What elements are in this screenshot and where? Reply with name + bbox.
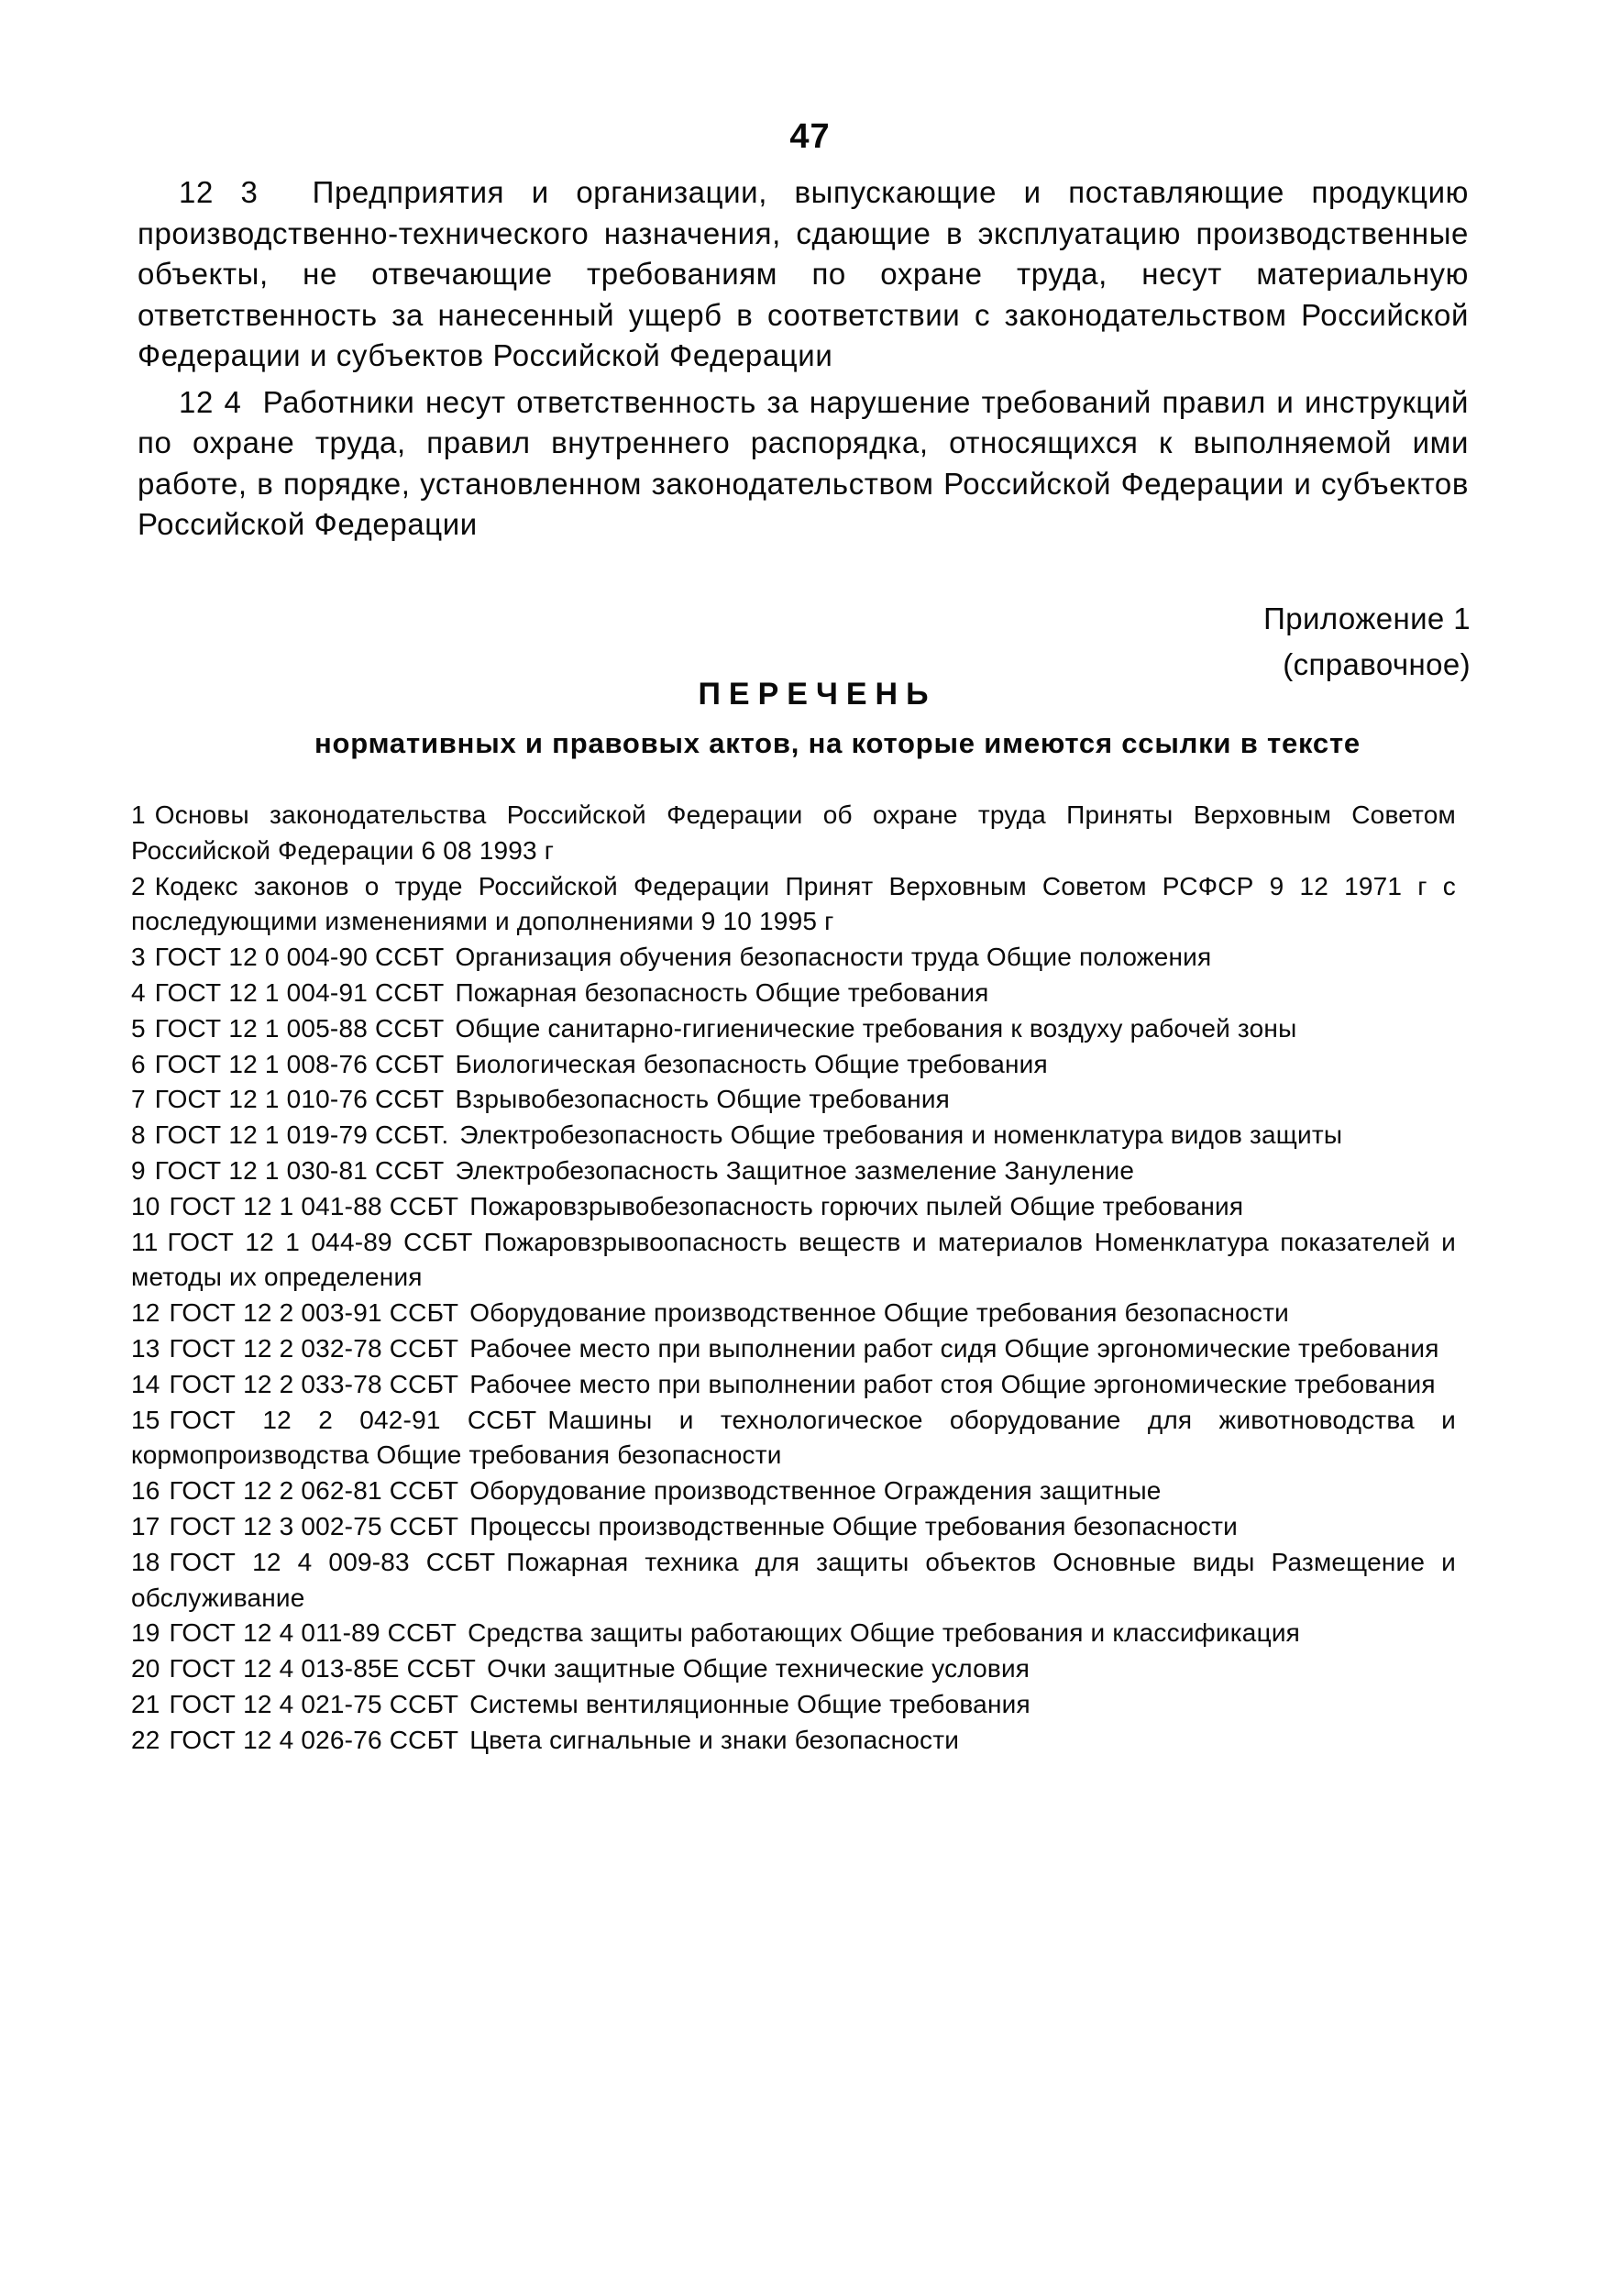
reference-number: 11 bbox=[131, 1225, 158, 1261]
reference-code: ГОСТ 12 4 021-75 ССБТ bbox=[170, 1690, 459, 1718]
reference-code: ГОСТ 12 4 026-76 ССБТ bbox=[170, 1726, 459, 1754]
reference-title: Взрывобезопасность Общие требования bbox=[455, 1085, 950, 1113]
reference-code: ГОСТ 12 4 011-89 ССБТ bbox=[170, 1618, 457, 1647]
reference-number: 16 bbox=[131, 1474, 160, 1509]
reference-title: Кодекс законов о труде Российской Федера… bbox=[131, 872, 1456, 936]
reference-item: 4ГОСТ 12 1 004-91 ССБТПожарная безопасно… bbox=[131, 976, 1456, 1011]
reference-code: ГОСТ 12 2 003-91 ССБТ bbox=[170, 1298, 459, 1327]
reference-title: Организация обучения безопасности труда … bbox=[455, 943, 1211, 971]
reference-item: 8ГОСТ 12 1 019-79 ССБТ.Электробезопаснос… bbox=[131, 1118, 1456, 1154]
reference-item: 16ГОСТ 12 2 062-81 ССБТОборудование прои… bbox=[131, 1474, 1456, 1509]
reference-list: 1Основы законодательства Российской Феде… bbox=[131, 798, 1456, 1759]
reference-item: 22ГОСТ 12 4 026-76 ССБТЦвета сигнальные … bbox=[131, 1723, 1456, 1759]
reference-code: ГОСТ 12 1 044-89 ССБТ bbox=[167, 1228, 472, 1256]
appendix-label: Приложение 1 (справочное) bbox=[1263, 596, 1471, 688]
reference-code: ГОСТ 12 1 008-76 ССБТ bbox=[155, 1050, 445, 1078]
reference-number: 18 bbox=[131, 1545, 160, 1581]
reference-item: 7ГОСТ 12 1 010-76 ССБТВзрывобезопасность… bbox=[131, 1082, 1456, 1118]
reference-code: ГОСТ 12 2 042-91 ССБТ bbox=[170, 1406, 537, 1434]
reference-code: ГОСТ 12 0 004-90 ССБТ bbox=[155, 943, 445, 971]
reference-number: 12 bbox=[131, 1296, 160, 1331]
reference-code: ГОСТ 12 1 030-81 ССБТ bbox=[155, 1156, 445, 1185]
reference-item: 3ГОСТ 12 0 004-90 ССБТОрганизация обучен… bbox=[131, 940, 1456, 976]
reference-code: ГОСТ 12 2 032-78 ССБТ bbox=[170, 1334, 459, 1363]
reference-title: Цвета сигнальные и знаки безопасности bbox=[469, 1726, 959, 1754]
reference-item: 13ГОСТ 12 2 032-78 ССБТРабочее место при… bbox=[131, 1331, 1456, 1367]
paragraph-number: 12 3 bbox=[179, 175, 258, 209]
reference-number: 19 bbox=[131, 1616, 160, 1651]
page-number: 47 bbox=[0, 117, 1620, 157]
reference-item: 5ГОСТ 12 1 005-88 ССБТОбщие санитарно-ги… bbox=[131, 1011, 1456, 1047]
reference-code: ГОСТ 12 1 005-88 ССБТ bbox=[155, 1014, 445, 1043]
reference-title: Пожаровзрывобезопасность горючих пылей О… bbox=[469, 1192, 1243, 1220]
reference-item: 12ГОСТ 12 2 003-91 ССБТОборудование прои… bbox=[131, 1296, 1456, 1331]
appendix-title: Приложение 1 bbox=[1263, 596, 1471, 642]
reference-title: Биологическая безопасность Общие требова… bbox=[455, 1050, 1047, 1078]
reference-title: Оборудование производственное Общие треб… bbox=[469, 1298, 1289, 1327]
reference-title: Электробезопасность Общие требования и н… bbox=[459, 1120, 1342, 1149]
reference-title: Основы законодательства Российской Федер… bbox=[131, 800, 1456, 865]
reference-title: Системы вентиляционные Общие требования bbox=[469, 1690, 1030, 1718]
reference-number: 22 bbox=[131, 1723, 160, 1759]
body-text: 12 3 Предприятия и организации, выпускаю… bbox=[138, 172, 1469, 546]
reference-title: Очки защитные Общие технические условия bbox=[487, 1654, 1030, 1683]
list-subtitle: нормативных и правовых актов, на которые… bbox=[0, 727, 1620, 760]
reference-title: Рабочее место при выполнении работ сидя … bbox=[469, 1334, 1438, 1363]
reference-item: 19ГОСТ 12 4 011-89 ССБТСредства защиты р… bbox=[131, 1616, 1456, 1651]
reference-title: Рабочее место при выполнении работ стоя … bbox=[469, 1370, 1436, 1398]
reference-number: 8 bbox=[131, 1118, 146, 1154]
reference-item: 11ГОСТ 12 1 044-89 ССБТПожаровзрывоопасн… bbox=[131, 1225, 1456, 1297]
reference-number: 9 bbox=[131, 1154, 146, 1189]
reference-item: 10ГОСТ 12 1 041-88 ССБТПожаровзрывобезоп… bbox=[131, 1189, 1456, 1225]
reference-item: 1Основы законодательства Российской Феде… bbox=[131, 798, 1456, 869]
reference-item: 9ГОСТ 12 1 030-81 ССБТЭлектробезопасност… bbox=[131, 1154, 1456, 1189]
reference-number: 15 bbox=[131, 1403, 160, 1439]
list-title: ПЕРЕЧЕНЬ bbox=[0, 677, 1620, 712]
reference-code: ГОСТ 12 4 009-83 ССБТ bbox=[170, 1548, 496, 1576]
reference-code: ГОСТ 12 3 002-75 ССБТ bbox=[170, 1512, 459, 1540]
paragraph-text: Предприятия и организации, выпускающие и… bbox=[138, 175, 1469, 372]
reference-item: 21ГОСТ 12 4 021-75 ССБТСистемы вентиляци… bbox=[131, 1687, 1456, 1723]
reference-item: 20ГОСТ 12 4 013-85Е ССБТОчки защитные Об… bbox=[131, 1651, 1456, 1687]
reference-number: 7 bbox=[131, 1082, 146, 1118]
reference-code: ГОСТ 12 2 062-81 ССБТ bbox=[170, 1476, 459, 1505]
reference-item: 15ГОСТ 12 2 042-91 ССБТМашины и технолог… bbox=[131, 1403, 1456, 1474]
reference-title: Оборудование производственное Ограждения… bbox=[469, 1476, 1161, 1505]
reference-number: 14 bbox=[131, 1367, 160, 1403]
paragraph-text: Работники несут ответственность за наруш… bbox=[138, 385, 1469, 542]
reference-code: ГОСТ 12 1 041-88 ССБТ bbox=[170, 1192, 459, 1220]
reference-number: 1 bbox=[131, 798, 146, 833]
paragraph-12-4: 12 4 Работники несут ответственность за … bbox=[138, 382, 1469, 546]
reference-number: 17 bbox=[131, 1509, 160, 1545]
reference-item: 14ГОСТ 12 2 033-78 ССБТРабочее место при… bbox=[131, 1367, 1456, 1403]
reference-title: Пожарная безопасность Общие требования bbox=[455, 978, 988, 1007]
reference-item: 2Кодекс законов о труде Российской Федер… bbox=[131, 869, 1456, 941]
reference-code: ГОСТ 12 2 033-78 ССБТ bbox=[170, 1370, 459, 1398]
reference-code: ГОСТ 12 4 013-85Е ССБТ bbox=[170, 1654, 477, 1683]
reference-item: 18ГОСТ 12 4 009-83 ССБТПожарная техника … bbox=[131, 1545, 1456, 1617]
reference-number: 4 bbox=[131, 976, 146, 1011]
reference-title: Процессы производственные Общие требован… bbox=[469, 1512, 1238, 1540]
paragraph-12-3: 12 3 Предприятия и организации, выпускаю… bbox=[138, 172, 1469, 377]
reference-number: 20 bbox=[131, 1651, 160, 1687]
reference-code: ГОСТ 12 1 019-79 ССБТ. bbox=[155, 1120, 449, 1149]
reference-code: ГОСТ 12 1 010-76 ССБТ bbox=[155, 1085, 445, 1113]
reference-item: 6ГОСТ 12 1 008-76 ССБТБиологическая безо… bbox=[131, 1047, 1456, 1083]
reference-number: 6 bbox=[131, 1047, 146, 1083]
reference-number: 13 bbox=[131, 1331, 160, 1367]
paragraph-number: 12 4 bbox=[179, 385, 241, 419]
reference-code: ГОСТ 12 1 004-91 ССБТ bbox=[155, 978, 445, 1007]
reference-item: 17ГОСТ 12 3 002-75 ССБТПроцессы производ… bbox=[131, 1509, 1456, 1545]
reference-number: 5 bbox=[131, 1011, 146, 1047]
reference-number: 10 bbox=[131, 1189, 160, 1225]
reference-number: 21 bbox=[131, 1687, 160, 1723]
reference-number: 2 bbox=[131, 869, 146, 905]
reference-title: Средства защиты работающих Общие требова… bbox=[468, 1618, 1300, 1647]
reference-title: Электробезопасность Защитное зазмеление … bbox=[455, 1156, 1134, 1185]
reference-number: 3 bbox=[131, 940, 146, 976]
reference-title: Общие санитарно-гигиенические требования… bbox=[455, 1014, 1296, 1043]
